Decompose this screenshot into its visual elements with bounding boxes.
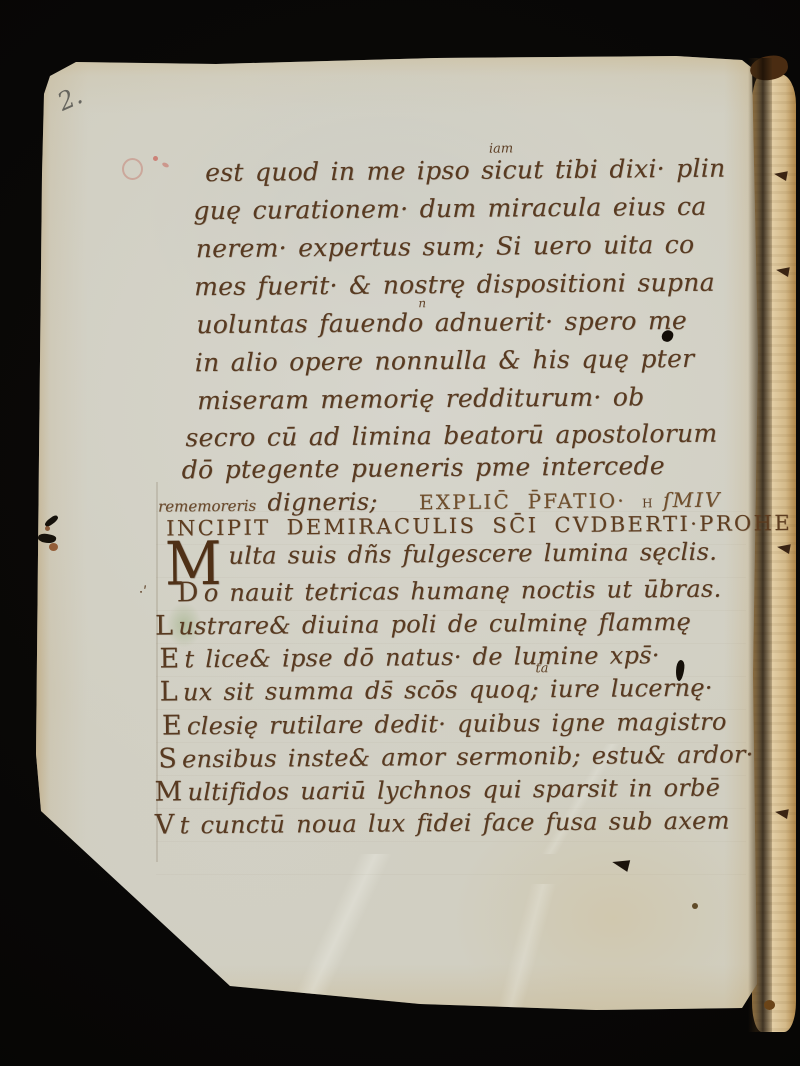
explicit-tail: ſMIV [663, 488, 721, 513]
verse-text: ensibus inste& amor sermonib; estu& ardo… [182, 740, 754, 773]
verse-initial: S [158, 743, 177, 774]
gloss-rememoreris: rememoreris [158, 497, 256, 516]
verse-initial: L [160, 676, 179, 707]
verse-text: t cunctū noua lux fidei face fusa sub ax… [180, 807, 730, 840]
explicit-line: rememoreris digneris; EXPLIC̄ P̄FATIO· ſ… [158, 486, 722, 516]
verse-text: clesię rutilare dedit· quibus igne magis… [187, 708, 727, 741]
prose-line: dō ptegente pueneris pme intercede [182, 453, 665, 482]
verse-line: Et lice& ipse dō natus· de lumine xps̄· [159, 641, 660, 672]
interlinear-gloss: iam [489, 141, 513, 156]
verse-line: Vt cunctū noua lux fidei face fusa sub a… [155, 807, 730, 839]
verse-line: Lustrare& diuina poli de culminę flammę [155, 608, 691, 640]
verse-line: Sensibus inste& amor sermonib; estu& ard… [158, 740, 754, 772]
prose-line: uoluntas fauendo adnuerit· spero me [196, 308, 687, 337]
verse-text: t lice& ipse dō natus· de lumine xps̄· [184, 641, 660, 673]
verse-line: Do nauit tetricas humanę noctis ut ūbras… [177, 575, 722, 607]
interlinear-gloss: n [418, 296, 426, 310]
text-block: est quod in me ipso sicut tibi dixi· pli… [0, 0, 800, 1066]
verse-initial: E [159, 643, 179, 674]
incipit-heading: INCIPIT DEMIRACULIS SC̄I CVDBERTI·PROHE [166, 513, 792, 539]
interlinear-gloss: H [642, 496, 653, 510]
verse-text: o nauit tetricas humanę noctis ut ūbras. [204, 575, 722, 608]
prose-line: miseram memorię redditurum· ob [197, 384, 645, 413]
verse-line: Multifidos uariū lychnos qui sparsit in … [154, 774, 720, 806]
prose-line: guę curationem· dum miracula eius ca [193, 194, 706, 223]
interlinear-gloss: ta [535, 661, 548, 676]
prose-line: est quod in me ipso sicut tibi dixi· pli… [205, 156, 726, 186]
prose-line: nerem· expertus sum; Si uero uita co [196, 232, 695, 261]
verse-line: Lux sit summa ds̄ scōs quoq; iure lucern… [160, 674, 713, 706]
verse-initial: L [155, 610, 174, 641]
verse-line: ulta suis dñs fulgescere lumina sęclis. [228, 540, 717, 568]
verse-text: ultifidos uariū lychnos qui sparsit in o… [187, 774, 720, 807]
verse-initial: V [155, 809, 175, 840]
verse-text: ustrare& diuina poli de culminę flammę [178, 608, 691, 640]
prose-line: mes fuerit· & nostrę dispositioni supna [194, 270, 715, 300]
word-digneris: digneris; [267, 488, 378, 517]
prose-line: in alio opere nonnulla & his quę pter [195, 346, 695, 375]
explicit-rubric: EXPLIC̄ P̄FATIO· [419, 488, 626, 514]
verse-line: Eclesię rutilare dedit· quibus igne magi… [162, 708, 727, 740]
verse-initial: D [177, 577, 199, 608]
photograph: 2. est quod in me ipso sicut tibi dixi· … [0, 0, 800, 1066]
paraph-mark: ·ʹ [139, 585, 147, 601]
verse-initial: E [162, 710, 182, 741]
verse-text: ux sit summa ds̄ scōs quoq; iure lucernę… [183, 674, 713, 707]
prose-line: secro cū ad limina beatorū apostolorum [185, 421, 717, 451]
verse-initial: M [154, 776, 182, 807]
